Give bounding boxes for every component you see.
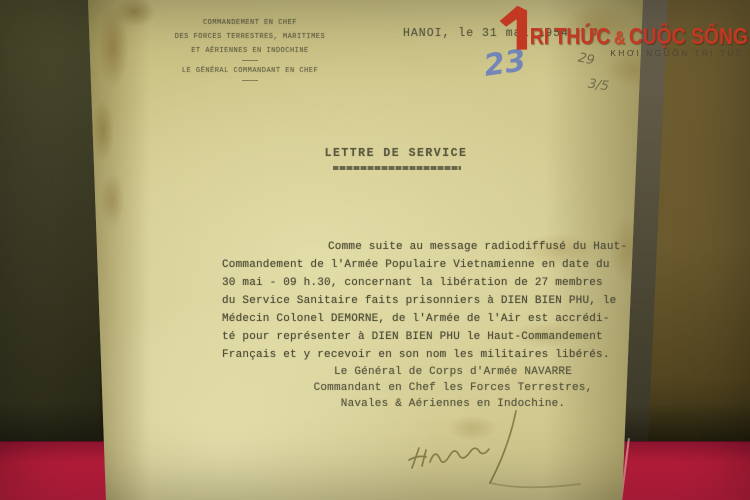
letterhead-line: ET AÉRIENNES EN INDOCHINE <box>148 44 352 58</box>
title-underline <box>333 166 461 170</box>
body-line: Médecin Colonel DEMORNE, de l'Armée de l… <box>222 310 622 328</box>
letterhead-line: LE GÉNÉRAL COMMANDANT EN CHEF <box>148 64 352 78</box>
museum-document-photo: COMMANDEMENT EN CHEF DES FORCES TERRESTR… <box>0 0 750 500</box>
body-line: 30 mai - 09 h.30, concernant la libérati… <box>222 274 622 292</box>
document-title: LETTRE DE SERVICE <box>318 147 474 160</box>
body-line: Français et y recevoir en son nom les mi… <box>222 346 622 364</box>
letterhead: COMMANDEMENT EN CHEF DES FORCES TERRESTR… <box>148 16 352 84</box>
brand-logo-icon <box>499 5 527 50</box>
letterhead-line: DES FORCES TERRESTRES, MARITIMES <box>148 30 352 44</box>
brand-watermark: RI THỨC & CUỘC SỐNG KHƠI NGUỒN TRI TUỆ <box>532 5 748 58</box>
brand-text-2: CUỘC SỐNG <box>629 24 748 50</box>
body-line: du Service Sanitaire faits prisonniers à… <box>222 292 622 310</box>
closing-line: Le Général de Corps d'Armée NAVARRE <box>287 364 619 380</box>
body-paragraph: Comme suite au message radiodiffusé du H… <box>222 238 622 364</box>
closing-line: Commandant en Chef les Forces Terrestres… <box>287 380 619 396</box>
signature-block: Le Général de Corps d'Armée NAVARRE Comm… <box>287 364 619 412</box>
letterhead-line: COMMANDEMENT EN CHEF <box>148 16 352 30</box>
body-line: Commandement de l'Armée Populaire Vietna… <box>222 256 622 274</box>
letterhead-divider <box>242 80 258 81</box>
background-left-panel <box>0 0 100 446</box>
body-line: té pour représenter à DIEN BIEN PHU le H… <box>222 328 622 346</box>
brand-row: RI THỨC & CUỘC SỐNG <box>549 5 748 50</box>
pencil-fraction: 3/5 <box>587 77 610 95</box>
body-line: Comme suite au message radiodiffusé du H… <box>222 238 622 256</box>
signature-handwriting <box>398 410 613 490</box>
brand-text-1: RI THỨC <box>530 24 610 50</box>
letterhead-divider <box>242 60 258 61</box>
brand-ampersand: & <box>613 28 626 51</box>
